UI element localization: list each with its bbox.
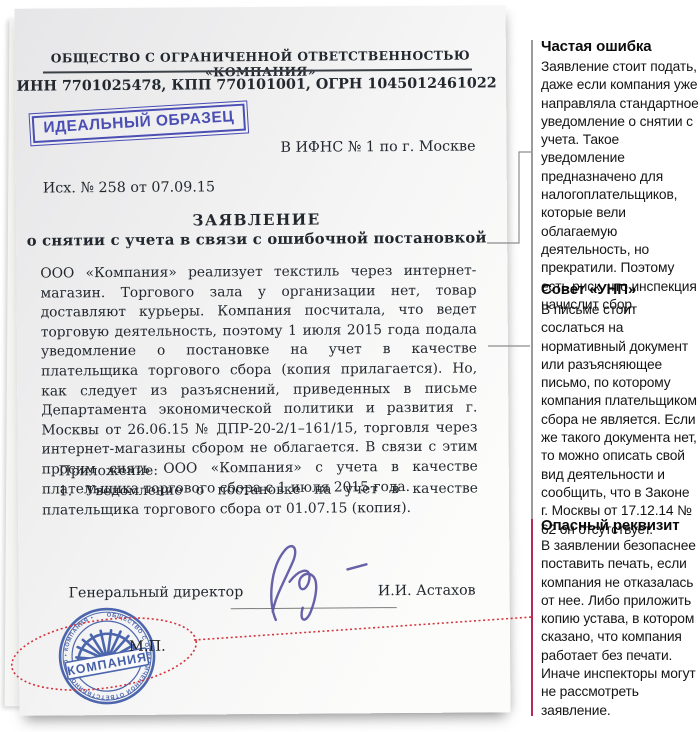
document-title: ЗАЯВЛЕНИЕ — [16, 209, 497, 230]
annotation-common-mistake: Частая ошибка Заявление стоит подать, да… — [541, 37, 699, 314]
outgoing-number-line: Исх. № 258 от 07.09.15 — [43, 179, 215, 196]
annotation-heading: Частая ошибка — [541, 37, 699, 56]
ideal-sample-stamp-label: ИДЕАЛЬНЫЙ ОБРАЗЕЦ — [32, 104, 246, 144]
attachment-section: Приложение: 1. Уведомление о постановке … — [42, 460, 478, 522]
annotation-unp-advice: Совет «УНП» В письме стоит сослаться на … — [541, 280, 699, 539]
addressee-line: В ИФНС № 1 по г. Москве — [280, 139, 475, 156]
page: ОБЩЕСТВО С ОГРАНИЧЕННОЙ ОТВЕТСТВЕННОСТЬЮ… — [0, 0, 700, 732]
company-seal-icon: ОБЩЕСТВО С ОГРАНИЧЕННОЙ ОТВЕТСТВЕННОСТЬЮ… — [51, 600, 164, 713]
attachment-item: 1. Уведомление о постановке на учет в ка… — [42, 479, 478, 521]
annotation-heading: Совет «УНП» — [541, 280, 699, 299]
annotation-text: Заявление стоит подать, даже если компан… — [541, 58, 699, 314]
ideal-sample-stamp: ИДЕАЛЬНЫЙ ОБРАЗЕЦ — [29, 100, 250, 146]
signer-name: И.И. Астахов — [378, 583, 476, 600]
company-requisites: ИНН 7701025478, КПП 770101001, ОГРН 1045… — [15, 75, 498, 94]
seal-place-mark: М.П. — [129, 639, 166, 655]
letter-document: ОБЩЕСТВО С ОГРАНИЧЕННОЙ ОТВЕТСТВЕННОСТЬЮ… — [15, 5, 511, 715]
annotation-heading: Опасный реквизит — [541, 516, 699, 535]
signature-ink-icon — [239, 539, 390, 632]
annotation-text: В заявлении безопаснее поставить печать,… — [541, 537, 699, 720]
document-subtitle: о снятии с учета в связи с ошибочной пос… — [16, 229, 497, 249]
annotation-text: В письме стоит сослаться на нормативный … — [541, 301, 699, 539]
annotation-dangerous-requisite: Опасный реквизит В заявлении безопаснее … — [541, 516, 699, 720]
